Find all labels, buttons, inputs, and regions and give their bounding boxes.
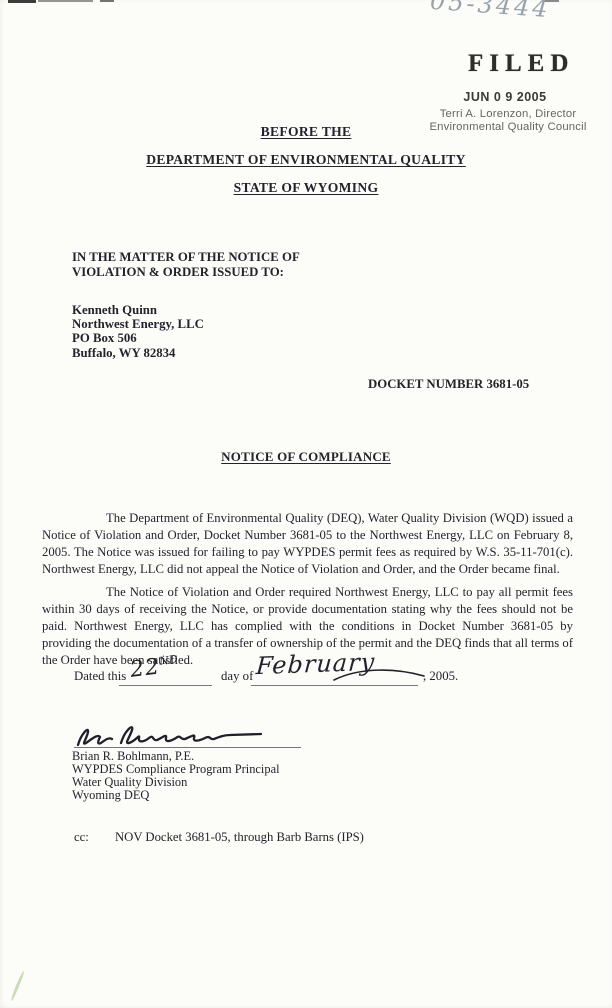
header-department: DEPARTMENT OF ENVIRONMENTAL QUALITY [0, 152, 612, 168]
scan-edge-mark [100, 0, 114, 2]
handwritten-day: 22ND [129, 652, 180, 683]
handwritten-month-tail-stroke [332, 664, 428, 686]
header-state: STATE OF WYOMING [0, 180, 612, 196]
dated-line-day-of: day of [221, 669, 253, 684]
cc-text: NOV Docket 3681-05, through Barb Barns (… [115, 830, 364, 845]
respondent-city-state-zip: Buffalo, WY 82834 [72, 346, 204, 360]
signer-org: Wyoming DEQ [72, 789, 280, 802]
document-title: NOTICE OF COMPLIANCE [0, 449, 612, 465]
matter-caption-line1: IN THE MATTER OF THE NOTICE OF [72, 250, 300, 265]
signature-block: Brian R. Bohlmann, P.E. WYPDES Complianc… [72, 750, 280, 802]
respondent-address-block: Kenneth Quinn Northwest Energy, LLC PO B… [72, 303, 204, 360]
docket-number: DOCKET NUMBER 3681-05 [368, 377, 529, 392]
respondent-name: Kenneth Quinn [72, 303, 204, 317]
scan-edge-mark [8, 0, 36, 3]
scan-smudge-mark [10, 971, 25, 1002]
scan-edge-mark [38, 0, 93, 2]
handwritten-case-number: 05-3444 [429, 0, 551, 23]
cc-label: cc: [74, 830, 89, 845]
matter-caption: IN THE MATTER OF THE NOTICE OF VIOLATION… [72, 250, 300, 280]
filed-stamp-date: JUN 0 9 2005 [460, 90, 550, 104]
matter-caption-line2: VIOLATION & ORDER ISSUED TO: [72, 265, 300, 280]
dated-line-prefix: Dated this [74, 669, 126, 684]
handwritten-day-ordinal: ND [159, 653, 179, 668]
dated-line-year: , 2005. [423, 669, 458, 684]
handwritten-day-number: 22 [129, 654, 162, 682]
scanned-document-page: 05-3444 FILED JUN 0 9 2005 Terri A. Lore… [0, 0, 612, 1008]
respondent-po-box: PO Box 506 [72, 331, 204, 345]
filed-stamp-text: FILED [468, 50, 574, 78]
filed-stamp-director-name: Terri A. Lorenzon, Director [426, 108, 590, 120]
header-before-the: BEFORE THE [0, 124, 612, 140]
body-paragraph-1: The Department of Environmental Quality … [42, 510, 573, 578]
day-blank-line [119, 685, 212, 686]
respondent-company: Northwest Energy, LLC [72, 317, 204, 331]
